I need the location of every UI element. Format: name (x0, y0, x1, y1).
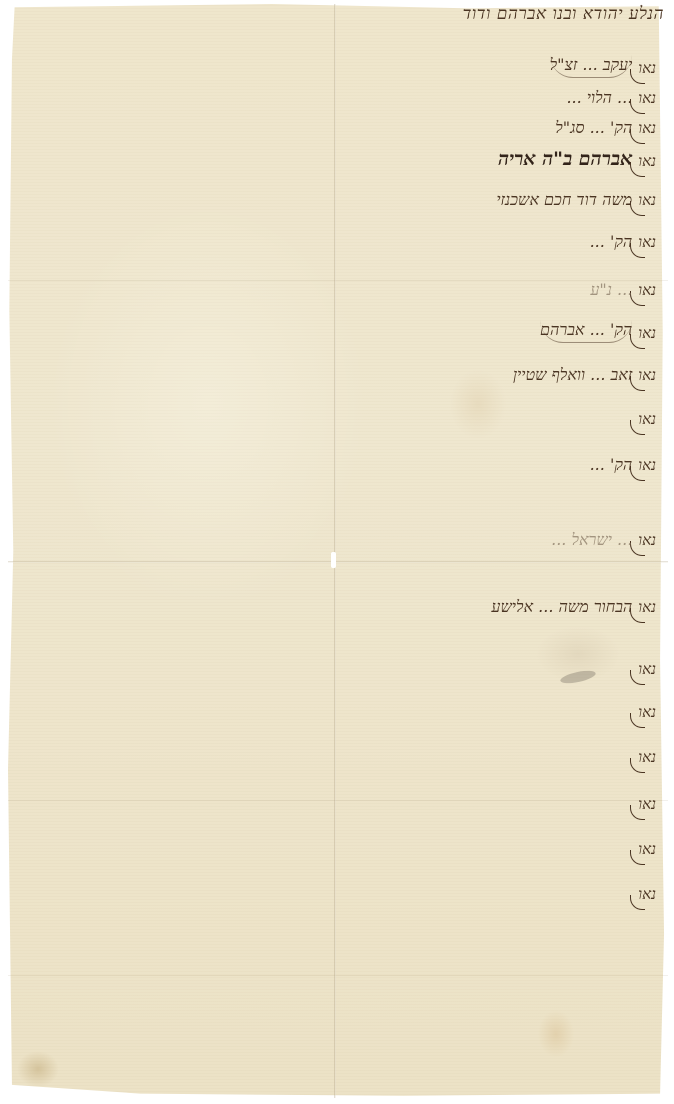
signature-text: הק' ... אברהם (540, 320, 632, 343)
signature-text: הק' ... (590, 232, 633, 252)
signature-entry: נאויעקב ... זצ"ל (550, 55, 656, 78)
vertical-fold (334, 4, 336, 1098)
signature-entry: נאו (638, 840, 656, 859)
signature-entry: נאו (638, 703, 656, 722)
neum-marker: נאו (638, 748, 656, 767)
paper-crease (8, 800, 668, 801)
neum-marker: נאו (638, 89, 656, 108)
signature-text: זאב ... וואלף שטיין (513, 365, 632, 385)
neum-marker: נאו (638, 795, 656, 814)
paper-crease (8, 280, 668, 281)
neum-marker: נאו (638, 598, 656, 617)
signature-entry: נאוהק' ... סג"ל (555, 118, 656, 138)
neum-marker: נאו (638, 191, 656, 210)
neum-marker: נאו (638, 660, 656, 679)
signature-entry: נאומשה דוד חכם אשכנזי (496, 190, 656, 210)
signature-text: ... נ"ע (590, 280, 632, 300)
paper-crease (8, 975, 668, 976)
fold-tear (331, 552, 336, 568)
signature-entry: נאו... הלוי ... (566, 88, 656, 108)
neum-marker: נאו (638, 324, 656, 343)
signature-text: משה דוד חכם אשכנזי (496, 190, 632, 210)
signature-entry: נאו (638, 748, 656, 767)
neum-marker: נאו (638, 152, 656, 171)
signature-entry: נאוהק' ... אברהם (540, 320, 656, 343)
neum-marker: נאו (638, 410, 656, 429)
signature-entry: נאו (638, 885, 656, 904)
signature-text: אברהם ב"ה אריה (498, 148, 632, 171)
signature-entry: נאו (638, 795, 656, 814)
signature-text: הק' ... סג"ל (555, 118, 632, 138)
signature-entry: נאוזאב ... וואלף שטיין (513, 365, 656, 385)
document-heading: הנלע יהודא ובנו אברהם ודוד (463, 4, 664, 24)
neum-marker: נאו (638, 703, 656, 722)
neum-marker: נאו (638, 885, 656, 904)
signature-text: הק' ... (590, 455, 633, 475)
neum-marker: נאו (638, 840, 656, 859)
signature-entry: נאו (638, 410, 656, 429)
signature-entry: נאוהק' ... (590, 232, 656, 252)
signature-text: ... ישראל ... (551, 530, 632, 550)
signature-entry: נאוהק' ... (590, 455, 656, 475)
signature-entry: נאוהבחור משה ... אלישע (491, 597, 656, 617)
neum-marker: נאו (638, 59, 656, 78)
neum-marker: נאו (638, 366, 656, 385)
neum-marker: נאו (638, 456, 656, 475)
horizontal-fold (8, 561, 668, 563)
neum-marker: נאו (638, 281, 656, 300)
neum-marker: נאו (638, 233, 656, 252)
neum-marker: נאו (638, 119, 656, 138)
signature-entry: נאו... נ"ע (590, 280, 656, 300)
neum-marker: נאו (638, 531, 656, 550)
signature-entry: נאואברהם ב"ה אריה (498, 148, 656, 171)
signature-text: הבחור משה ... אלישע (491, 597, 632, 617)
signature-entry: נאו... ישראל ... (551, 530, 656, 550)
signature-text: ... הלוי ... (566, 88, 632, 108)
signature-text: יעקב ... זצ"ל (550, 55, 633, 78)
signature-entry: נאו (638, 660, 656, 679)
